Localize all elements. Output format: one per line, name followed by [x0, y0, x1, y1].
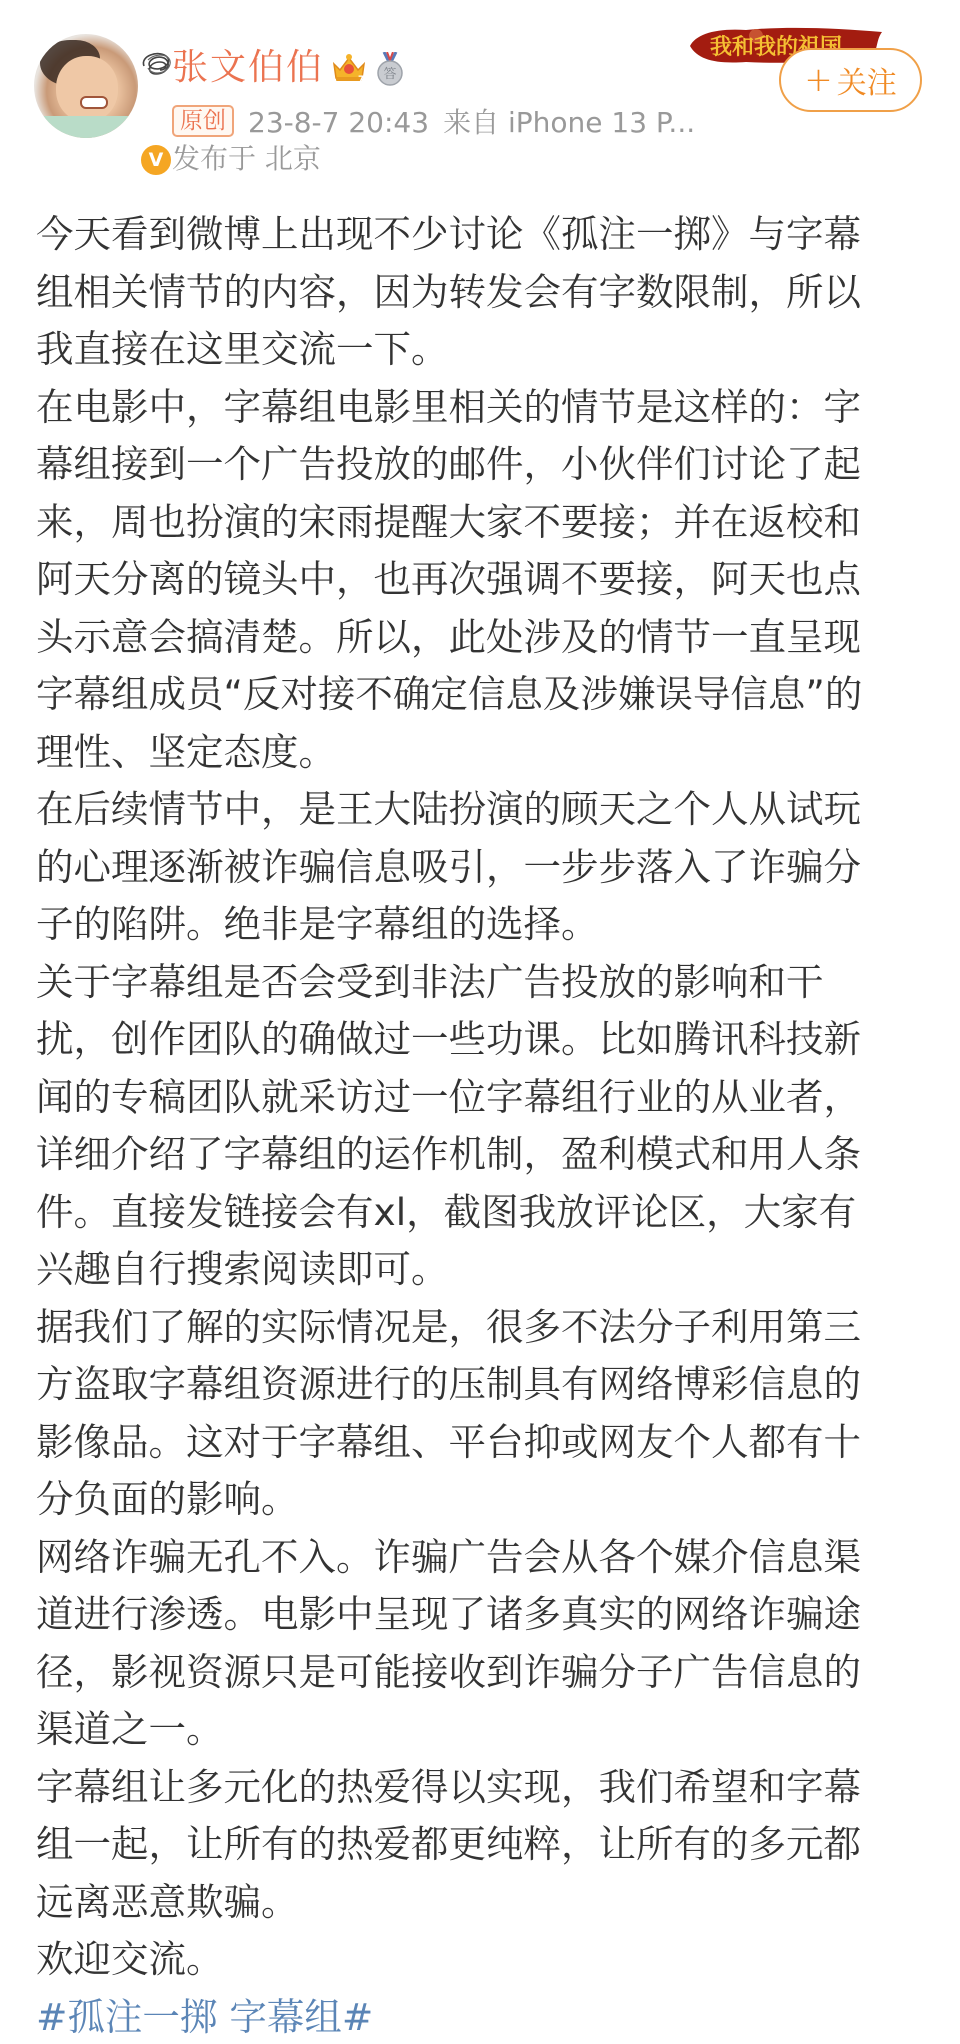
body-line: 组一起，让所有的热爱都更纯粹，让所有的多元都: [36, 1816, 926, 1874]
timestamp: 23-8-7 20:43: [248, 106, 429, 139]
body-line: 理性、坚定态度。: [36, 724, 926, 782]
body-line: 渠道之一。: [36, 1701, 926, 1759]
post-meta-text: 23-8-7 20:43来自 iPhone 13 P...: [248, 101, 695, 141]
body-line: 网络诈骗无孔不入。诈骗广告会从各个媒介信息渠: [36, 1529, 926, 1587]
body-line: 件。直接发链接会有xl，截图我放评论区，大家有: [36, 1184, 926, 1242]
body-line: 的心理逐渐被诈骗信息吸引，一步步落入了诈骗分: [36, 839, 926, 897]
body-line: 详细介绍了字幕组的运作机制，盈利模式和用人条: [36, 1126, 926, 1184]
original-badge: 原创: [172, 105, 234, 137]
body-line: 据我们了解的实际情况是，很多不法分子利用第三: [36, 1299, 926, 1357]
body-line: 组相关情节的内容，因为转发会有字数限制，所以: [36, 264, 926, 322]
hashtag-link[interactable]: #孤注一掷 字幕组#: [36, 1995, 373, 2039]
body-line: 闻的专稿团队就采访过一位字幕组行业的从业者，: [36, 1069, 926, 1127]
avatar-face: [56, 56, 118, 122]
follow-button[interactable]: + 关注: [779, 48, 922, 112]
body-line: 在后续情节中，是王大陆扮演的顾天之个人从试玩: [36, 781, 926, 839]
avatar-image[interactable]: [34, 34, 138, 138]
body-line: 今天看到微博上出现不少讨论《孤注一掷》与字幕: [36, 206, 926, 264]
crown-level-icon[interactable]: 7: [331, 52, 367, 84]
verified-badge-icon: V: [138, 142, 174, 178]
body-line: 字幕组成员“反对接不确定信息及涉嫌误导信息”的: [36, 666, 926, 724]
follow-label: 关注: [837, 58, 897, 102]
plus-icon: +: [804, 60, 833, 100]
body-line: 字幕组让多元化的热爱得以实现，我们希望和字幕: [36, 1759, 926, 1817]
body-line: 道进行渗透。电影中呈现了诸多真实的网络诈骗途: [36, 1586, 926, 1644]
body-line: 扰，创作团队的确做过一些功课。比如腾讯科技新: [36, 1011, 926, 1069]
body-line: 径，影视资源只是可能接收到诈骗分子广告信息的: [36, 1644, 926, 1702]
body-line: 来，周也扮演的宋雨提醒大家不要接；并在返校和: [36, 494, 926, 552]
post-body: 今天看到微博上出现不少讨论《孤注一掷》与字幕 组相关情节的内容，因为转发会有字数…: [36, 206, 926, 2044]
body-line: 在电影中，字幕组电影里相关的情节是这样的：字: [36, 379, 926, 437]
body-line: 兴趣自行搜索阅读即可。: [36, 1241, 926, 1299]
body-line: 幕组接到一个广告投放的邮件，小伙伴们讨论了起: [36, 436, 926, 494]
answer-medal-icon[interactable]: 答: [375, 52, 405, 86]
body-line: 影像品。这对于字幕组、平台抑或网友个人都有十: [36, 1414, 926, 1472]
body-line: 我直接在这里交流一下。: [36, 321, 926, 379]
body-line: 欢迎交流。: [36, 1931, 926, 1989]
body-line: 方盗取字幕组资源进行的压制具有网络博彩信息的: [36, 1356, 926, 1414]
svg-text:答: 答: [383, 67, 396, 82]
body-line: 分负面的影响。: [36, 1471, 926, 1529]
body-line: 关于字幕组是否会受到非法广告投放的影响和干: [36, 954, 926, 1012]
username[interactable]: 张文伯伯: [172, 46, 324, 90]
body-line: 阿天分离的镜头中，也再次强调不要接，阿天也点: [36, 551, 926, 609]
post-meta: 原创 23-8-7 20:43来自 iPhone 13 P...: [172, 104, 695, 138]
avatar-mouth: [80, 96, 108, 109]
post-source: 来自 iPhone 13 P...: [443, 106, 695, 139]
body-line: 子的陷阱。绝非是字幕组的选择。: [36, 896, 926, 954]
post-header: V 张文伯伯 7 答 原创 23-8-7 20:43来自 iPhone 13 P…: [0, 0, 960, 190]
svg-text:7: 7: [358, 75, 364, 84]
post-location: 发布于 北京: [172, 142, 321, 176]
body-line: 头示意会搞清楚。所以，此处涉及的情节一直呈现: [36, 609, 926, 667]
avatar-shirt: [34, 116, 138, 138]
avatar[interactable]: V: [34, 34, 138, 138]
body-line: 远离恶意欺骗。: [36, 1874, 926, 1932]
